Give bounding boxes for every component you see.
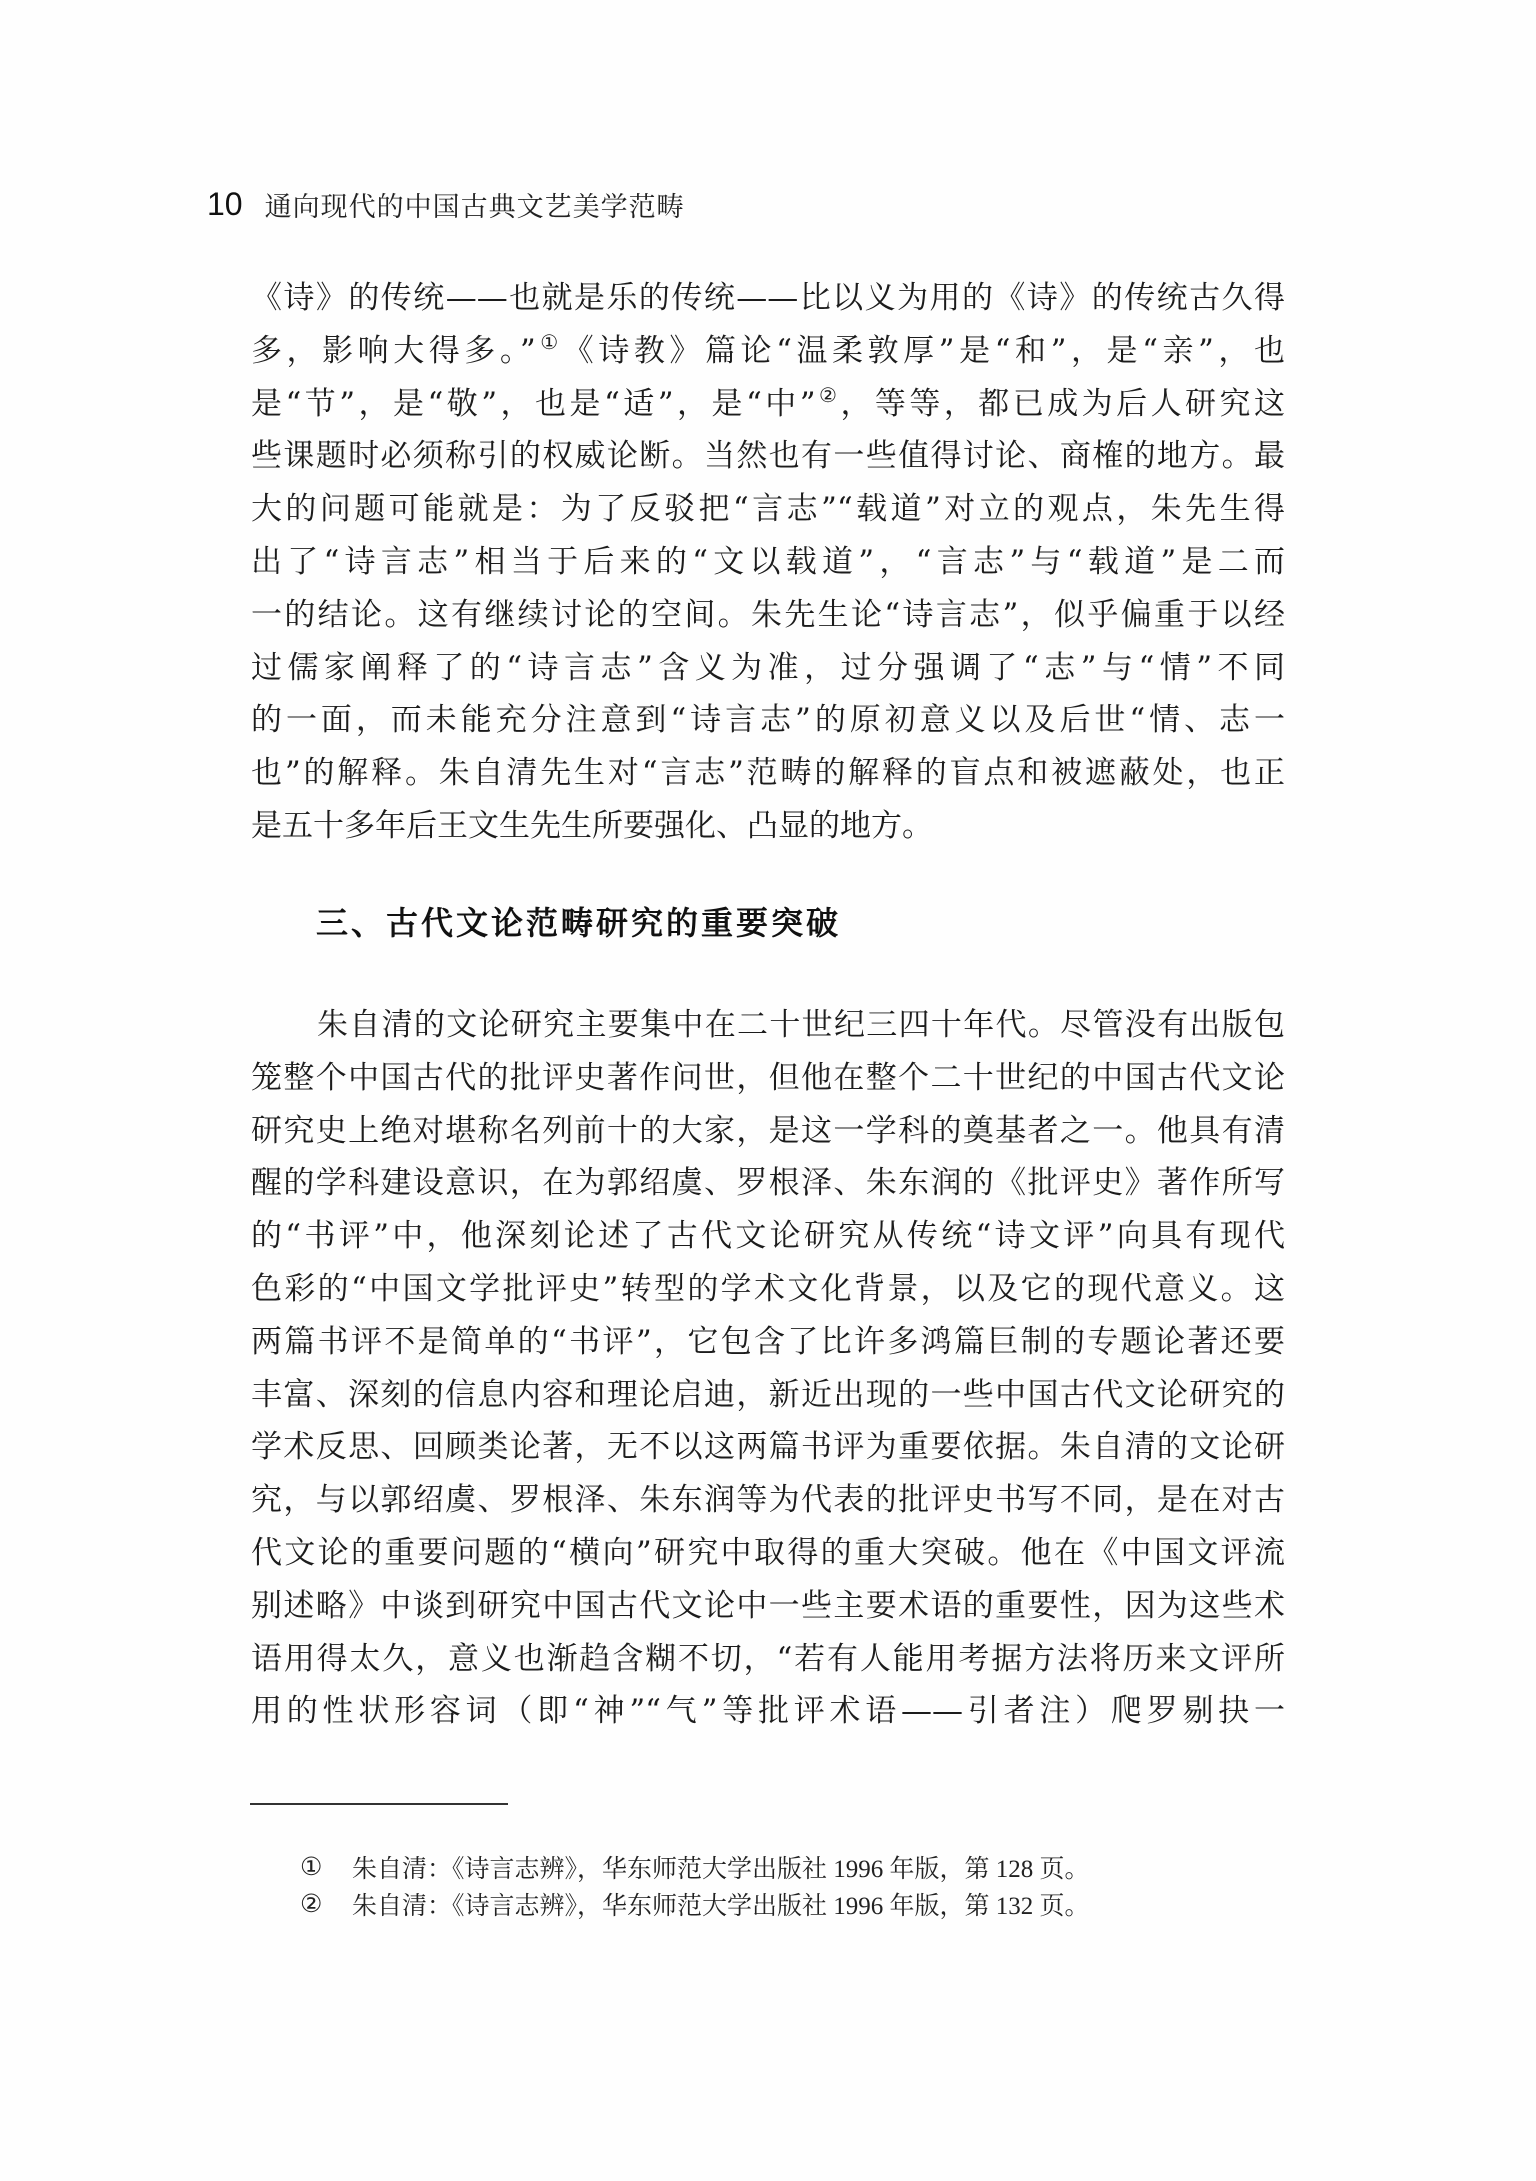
footnotes: ① 朱自清：《诗言志辨》，华东师范大学出版社 1996 年版，第 128 页。 … [300, 1848, 1090, 1922]
text-line: 两篇书评不是简单的“书评”，它包含了比许多鸿篇巨制的专题论著还要 [251, 1316, 1285, 1369]
footnote-divider [250, 1803, 508, 1805]
text-line: 学术反思、回顾类论著，无不以这两篇书评为重要依据。朱自清的文论研 [251, 1421, 1285, 1474]
text-line: 醒的学科建设意识，在为郭绍虞、罗根泽、朱东润的《批评史》著作所写 [251, 1157, 1285, 1210]
text-line: 代文论的重要问题的“横向”研究中取得的重大突破。他在《中国文评流 [251, 1527, 1285, 1580]
text-line: 《诗》的传统——也就是乐的传统——比以义为用的《诗》的传统古久得 [251, 272, 1285, 325]
text-line: 是“节”，是“敬”，也是“适”，是“中”②，等等，都已成为后人研究这 [251, 378, 1285, 431]
text-line: 色彩的“中国文学批评史”转型的学术文化背景，以及它的现代意义。这 [251, 1263, 1285, 1316]
footnote-text: 朱自清：《诗言志辨》，华东师范大学出版社 1996 年版，第 128 页。 [352, 1849, 1090, 1885]
footnote-mark: ② [300, 1889, 352, 1919]
text-line: 笼整个中国古代的批评史著作问世，但他在整个二十世纪的中国古代文论 [251, 1052, 1285, 1105]
footnote-mark: ① [300, 1852, 352, 1882]
text-line: 过儒家阐释了的“诗言志”含义为准，过分强调了“志”与“情”不同 [251, 642, 1285, 695]
text-line: 朱自清的文论研究主要集中在二十世纪三四十年代。尽管没有出版包 [251, 999, 1285, 1052]
text-line: 丰富、深刻的信息内容和理论启迪，新近出现的一些中国古代文论研究的 [251, 1369, 1285, 1422]
page-number: 10 [207, 186, 243, 223]
text-line: 多，影响大得多。”①《诗教》篇论“温柔敦厚”是“和”，是“亲”，也 [251, 325, 1285, 378]
text-line: 些课题时必须称引的权威论断。当然也有一些值得讨论、商榷的地方。最 [251, 430, 1285, 483]
text-line: 大的问题可能就是：为了反驳把“言志”“载道”对立的观点，朱先生得 [251, 483, 1285, 536]
text-line: 也”的解释。朱自清先生对“言志”范畴的解释的盲点和被遮蔽处，也正 [251, 747, 1285, 800]
text-line: 究，与以郭绍虞、罗根泽、朱东润等为代表的批评史书写不同，是在对古 [251, 1474, 1285, 1527]
text-line: 别述略》中谈到研究中国古代文论中一些主要术语的重要性，因为这些术 [251, 1580, 1285, 1633]
footnote-1: ① 朱自清：《诗言志辨》，华东师范大学出版社 1996 年版，第 128 页。 [300, 1848, 1090, 1885]
paragraph-1: 《诗》的传统——也就是乐的传统——比以义为用的《诗》的传统古久得 多，影响大得多… [251, 272, 1285, 853]
text-line: 是五十多年后王文生先生所要强化、凸显的地方。 [251, 800, 1285, 853]
paragraph-2: 朱自清的文论研究主要集中在二十世纪三四十年代。尽管没有出版包 笼整个中国古代的批… [251, 999, 1285, 1738]
running-header: 10 通向现代的中国古典文艺美学范畴 [207, 184, 685, 224]
footnote-2: ② 朱自清：《诗言志辨》，华东师范大学出版社 1996 年版，第 132 页。 [300, 1885, 1090, 1922]
book-title: 通向现代的中国古典文艺美学范畴 [265, 185, 685, 224]
footnote-ref-2[interactable]: ② [816, 383, 841, 407]
book-page: 10 通向现代的中国古典文艺美学范畴 《诗》的传统——也就是乐的传统——比以义为… [0, 0, 1536, 2181]
section-heading: 三、古代文论范畴研究的重要突破 [316, 898, 841, 944]
text-line: 用的性状形容词（即“神”“气”等批评术语——引者注）爬罗剔抉一 [251, 1685, 1285, 1738]
text-line: 的“书评”中，他深刻论述了古代文论研究从传统“诗文评”向具有现代 [251, 1210, 1285, 1263]
text-line: 语用得太久，意义也渐趋含糊不切，“若有人能用考据方法将历来文评所 [251, 1633, 1285, 1686]
text-line: 研究史上绝对堪称名列前十的大家，是这一学科的奠基者之一。他具有清 [251, 1105, 1285, 1158]
text-line: 一的结论。这有继续讨论的空间。朱先生论“诗言志”，似乎偏重于以经 [251, 589, 1285, 642]
text-line: 出了“诗言志”相当于后来的“文以载道”，“言志”与“载道”是二而 [251, 536, 1285, 589]
footnote-text: 朱自清：《诗言志辨》，华东师范大学出版社 1996 年版，第 132 页。 [352, 1886, 1090, 1922]
text-line: 的一面，而未能充分注意到“诗言志”的原初意义以及后世“情、志一 [251, 694, 1285, 747]
footnote-ref-1[interactable]: ① [536, 330, 563, 354]
